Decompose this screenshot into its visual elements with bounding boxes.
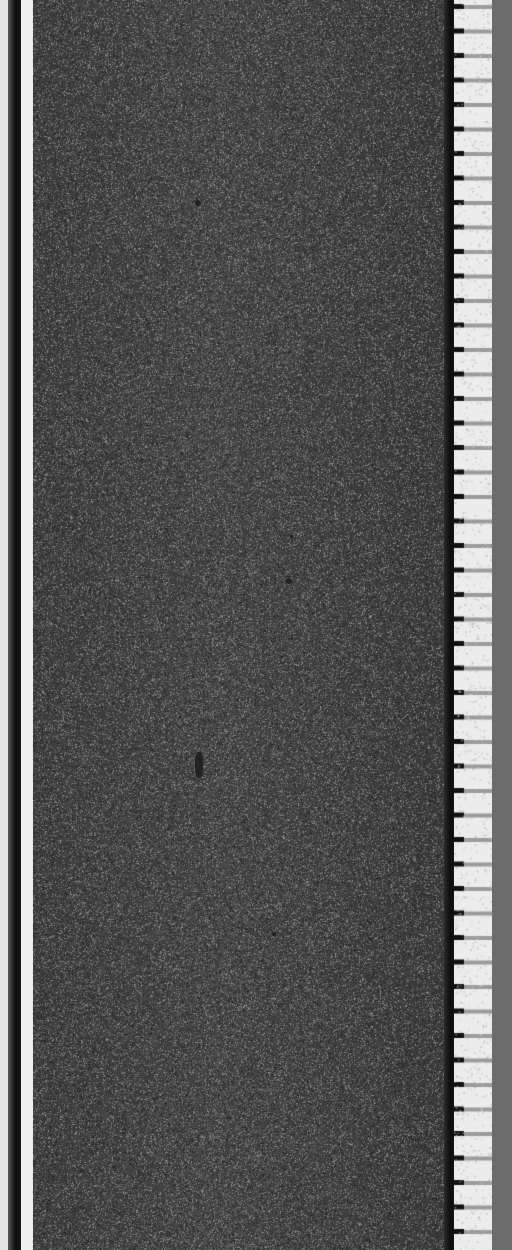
segmented-curb [454, 0, 492, 1250]
road-stain [272, 932, 276, 936]
asphalt-texture [0, 0, 512, 1250]
road-stain [195, 752, 203, 778]
road-scene [0, 0, 512, 1250]
road-stain [195, 200, 201, 206]
road-stain [290, 535, 293, 538]
road-stain [286, 578, 292, 584]
right-verge [492, 0, 512, 1250]
